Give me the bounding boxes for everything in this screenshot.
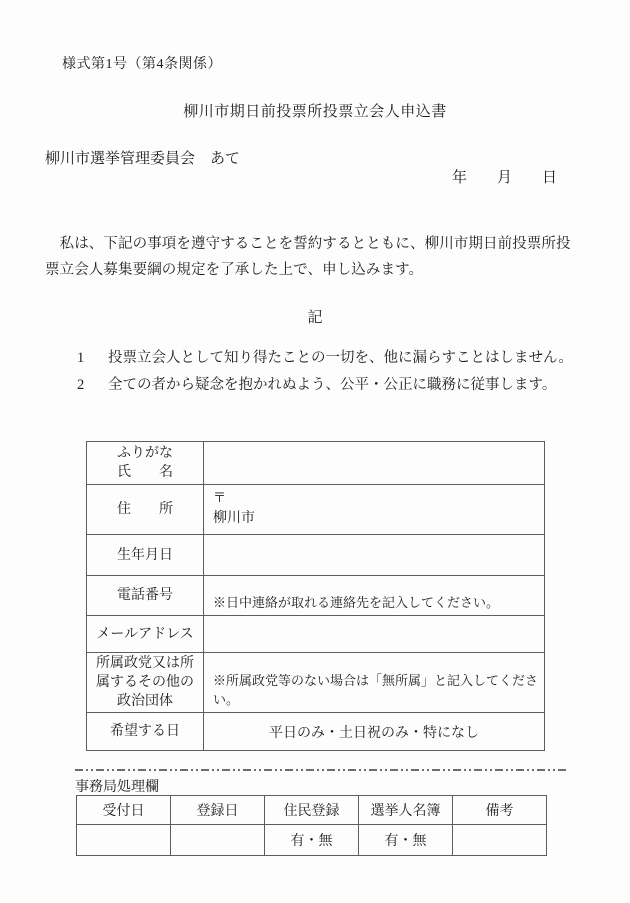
email-label: メールアドレス bbox=[87, 616, 204, 653]
pledge-list: 1 投票立会人として知り得たことの一切を、他に漏らすことはしません。 2 全ての… bbox=[77, 345, 573, 399]
office-cell-reception-date bbox=[77, 825, 171, 856]
office-table-header-row: 受付日 登録日 住民登録 選挙人名簿 備考 bbox=[77, 796, 547, 825]
form-document-page: 様式第1号（第4条関係） 柳川市期日前投票所投票立会人申込書 柳川市選挙管理委員… bbox=[0, 0, 630, 903]
ki-heading: 記 bbox=[0, 306, 630, 327]
applicant-info-table: ふりがな 氏 名 住 所 〒 柳川市 生年月日 電話番号 ※日中連絡が取れる連絡… bbox=[86, 441, 545, 751]
phone-input-cell: ※日中連絡が取れる連絡先を記入してください。 bbox=[204, 576, 545, 616]
name-input-cell bbox=[204, 442, 545, 485]
pledge-line-1: 私は、下記の事項を遵守することを誓約するとともに、柳川市期日前投票所投 bbox=[45, 231, 590, 257]
pledge-paragraph: 私は、下記の事項を遵守することを誓約するとともに、柳川市期日前投票所投 票立会人… bbox=[45, 231, 590, 283]
table-row: 生年月日 bbox=[87, 535, 545, 576]
preferred-day-label: 希望する日 bbox=[87, 713, 204, 751]
table-row: 所属政党又は所 属するその他の 政治団体 ※所属政党等のない場合は「無所属」と記… bbox=[87, 653, 545, 713]
party-label: 所属政党又は所 属するその他の 政治団体 bbox=[87, 653, 204, 713]
party-input-cell: ※所属政党等のない場合は「無所属」と記入してください。 bbox=[204, 653, 545, 713]
office-cell-remarks bbox=[453, 825, 547, 856]
address-input-cell: 〒 柳川市 bbox=[204, 485, 545, 535]
pledge-item-1: 1 投票立会人として知り得たことの一切を、他に漏らすことはしません。 bbox=[77, 345, 573, 372]
table-row: 電話番号 ※日中連絡が取れる連絡先を記入してください。 bbox=[87, 576, 545, 616]
office-cell-resident-registration: 有・無 bbox=[265, 825, 359, 856]
pledge-item-2-number: 2 bbox=[77, 372, 108, 399]
furigana-name-label: ふりがな 氏 名 bbox=[87, 442, 204, 485]
office-header-resident-registration: 住民登録 bbox=[265, 796, 359, 825]
office-header-voter-roll: 選挙人名簿 bbox=[359, 796, 453, 825]
pledge-item-2: 2 全ての者から疑念を抱かれぬよう、公平・公正に職務に従事します。 bbox=[77, 372, 573, 399]
pledge-item-1-text: 投票立会人として知り得たことの一切を、他に漏らすことはしません。 bbox=[108, 345, 573, 372]
office-header-registration-date: 登録日 bbox=[171, 796, 265, 825]
cut-line bbox=[75, 768, 568, 772]
postal-mark: 〒 bbox=[213, 489, 544, 507]
office-header-reception-date: 受付日 bbox=[77, 796, 171, 825]
birthdate-label: 生年月日 bbox=[87, 535, 204, 576]
office-section-label: 事務局処理欄 bbox=[75, 776, 159, 796]
office-cell-voter-roll: 有・無 bbox=[359, 825, 453, 856]
office-processing-table: 受付日 登録日 住民登録 選挙人名簿 備考 有・無 有・無 bbox=[76, 795, 547, 856]
office-cell-registration-date bbox=[171, 825, 265, 856]
addressee-line: 柳川市選挙管理委員会 あて bbox=[45, 147, 240, 168]
page-title: 柳川市期日前投票所投票立会人申込書 bbox=[0, 100, 630, 121]
pledge-item-2-text: 全ての者から疑念を抱かれぬよう、公平・公正に職務に従事します。 bbox=[108, 372, 556, 399]
date-line: 年 月 日 bbox=[452, 166, 557, 187]
office-header-remarks: 備考 bbox=[453, 796, 547, 825]
pledge-item-1-number: 1 bbox=[77, 345, 108, 372]
preferred-day-options: 平日のみ・土日祝のみ・特になし bbox=[204, 713, 545, 751]
table-row: メールアドレス bbox=[87, 616, 545, 653]
phone-label: 電話番号 bbox=[87, 576, 204, 616]
pledge-line-2: 票立会人募集要綱の規定を了承した上で、申し込みます。 bbox=[45, 257, 590, 283]
email-input-cell bbox=[204, 616, 545, 653]
address-label: 住 所 bbox=[87, 485, 204, 535]
office-table-value-row: 有・無 有・無 bbox=[77, 825, 547, 856]
table-row: 住 所 〒 柳川市 bbox=[87, 485, 545, 535]
address-prefill: 柳川市 bbox=[213, 507, 544, 531]
table-row: ふりがな 氏 名 bbox=[87, 442, 545, 485]
birthdate-input-cell bbox=[204, 535, 545, 576]
table-row: 希望する日 平日のみ・土日祝のみ・特になし bbox=[87, 713, 545, 751]
form-number: 様式第1号（第4条関係） bbox=[62, 53, 222, 73]
